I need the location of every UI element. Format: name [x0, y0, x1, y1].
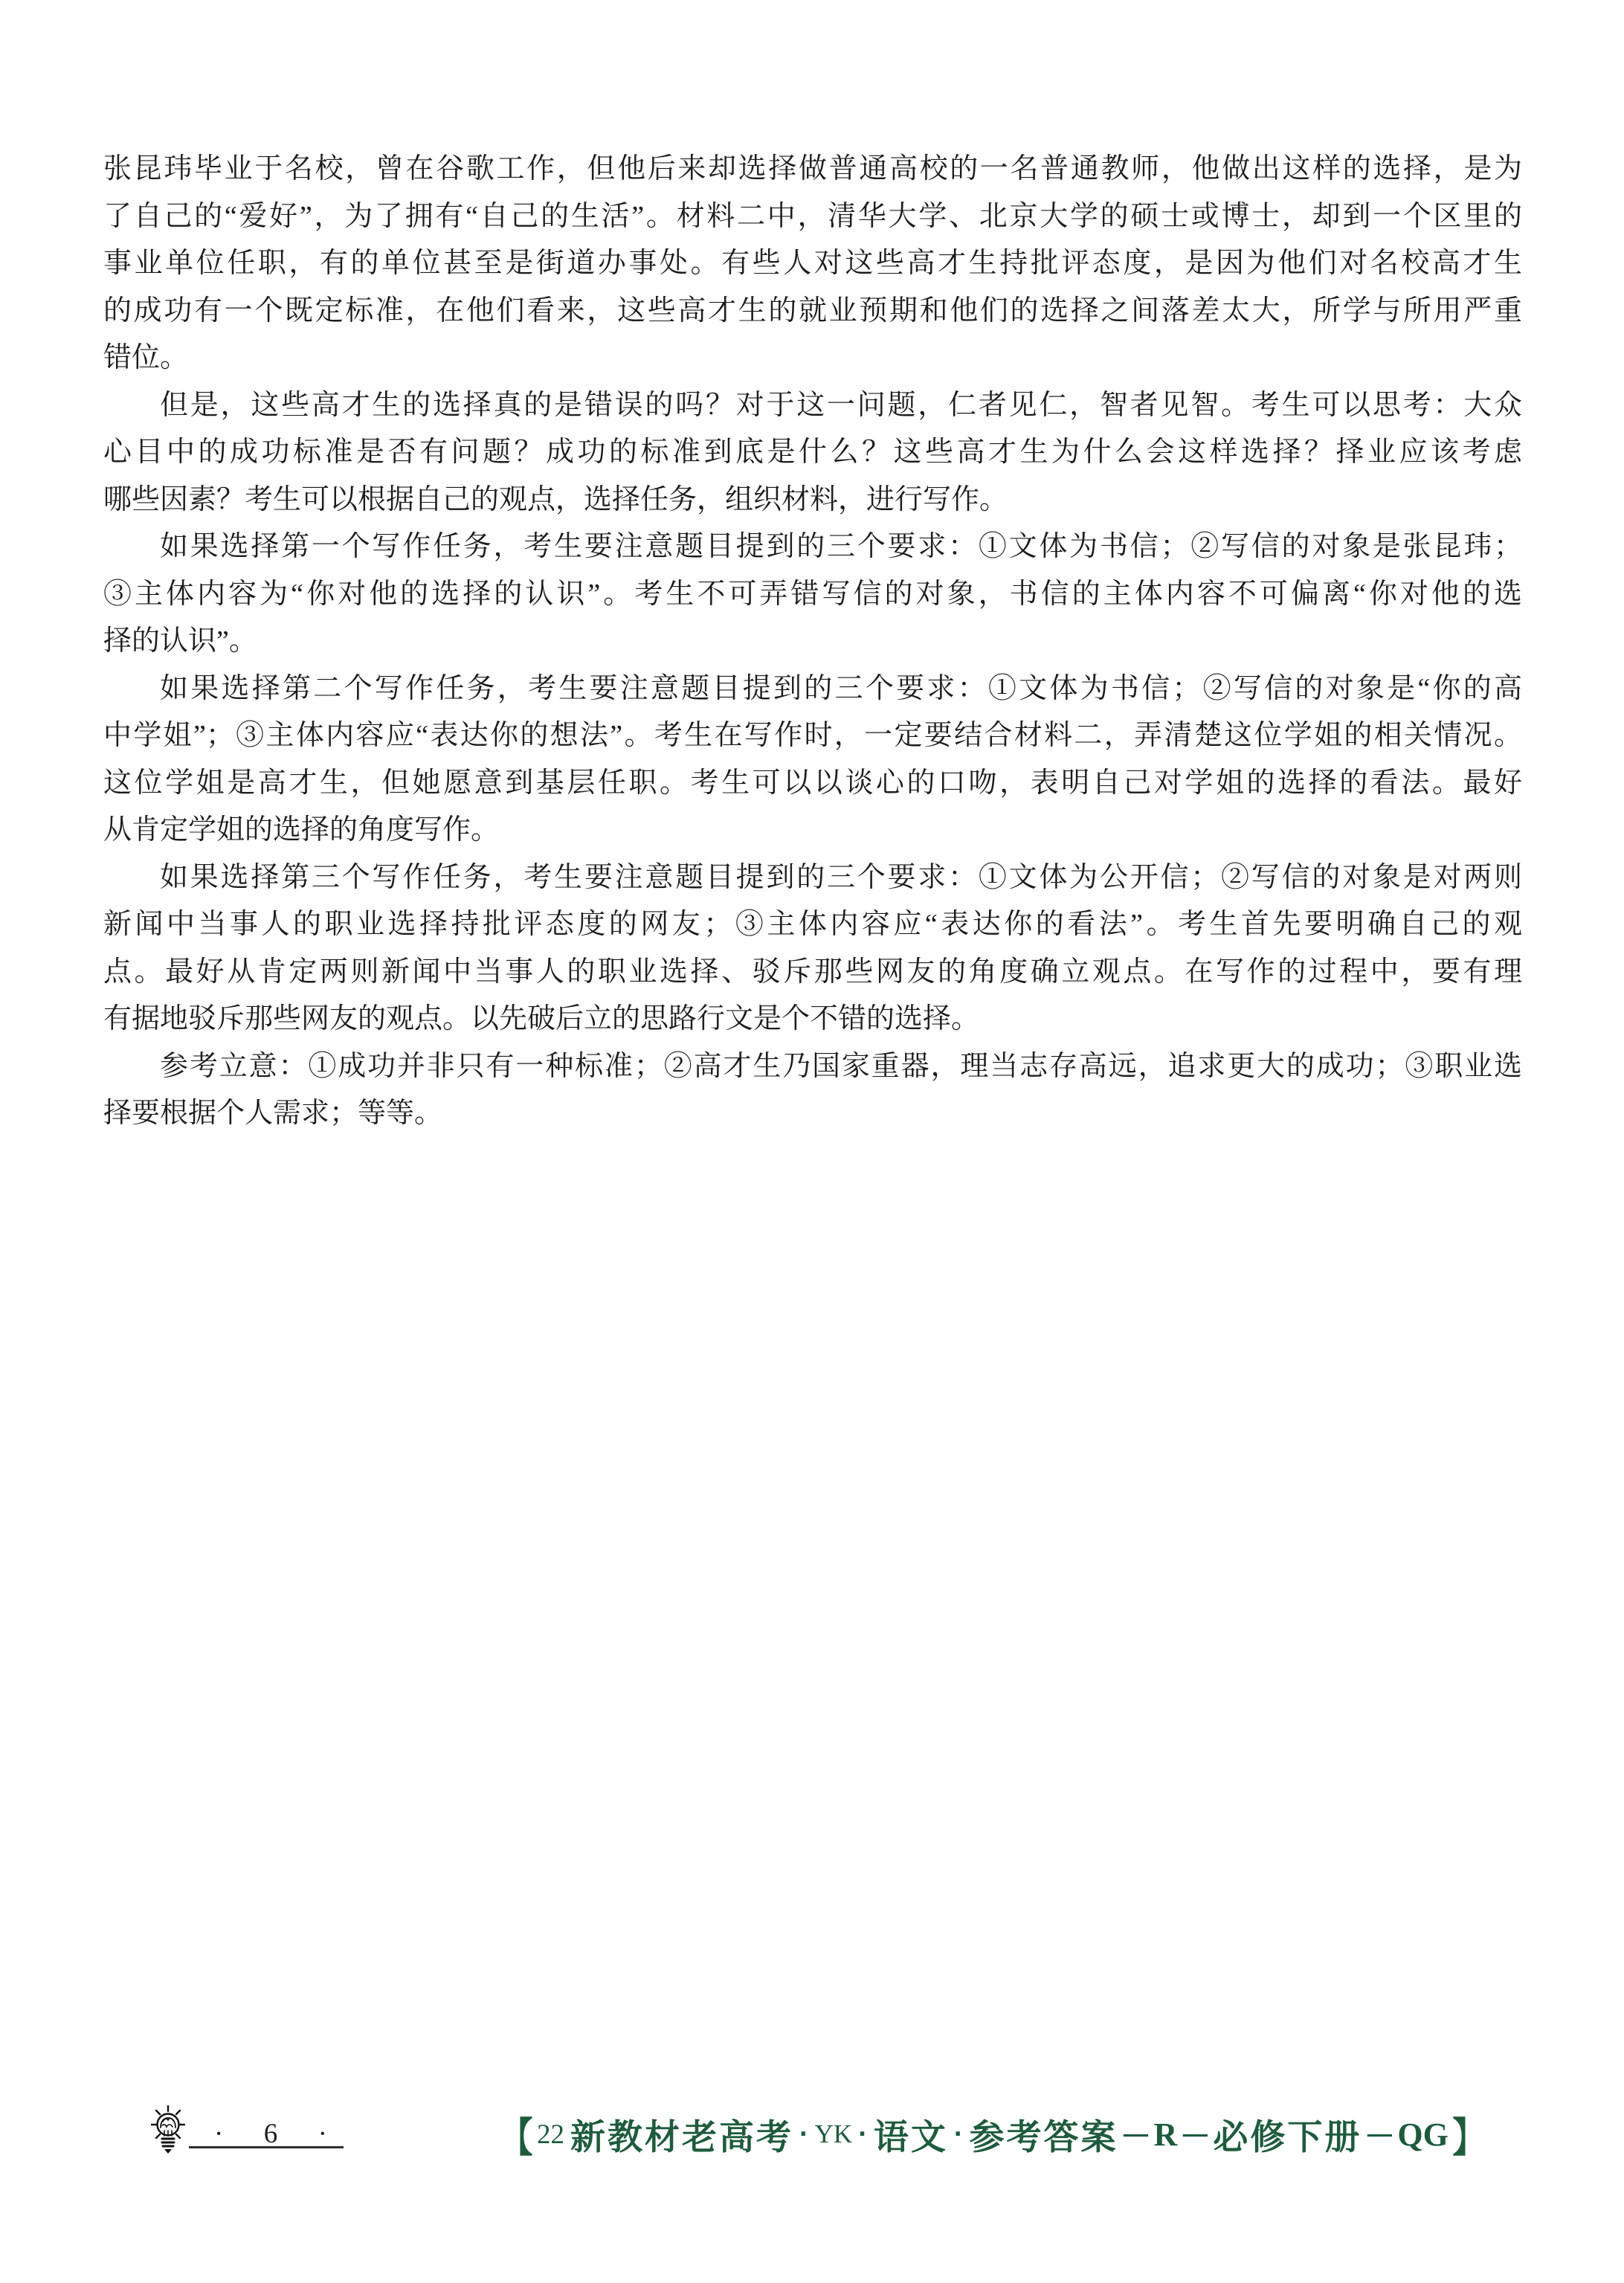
imprint-doc-type: 参考答案: [970, 2110, 1118, 2160]
answer-text-block: 张昆玮毕业于名校，曾在谷歌工作，但他后来却选择做普通高校的一名普通教师，他做出这…: [103, 146, 1522, 1138]
footer-rule: [189, 2146, 344, 2148]
text-line: 中学姐”；③主体内容应“表达你的想法”。考生在写作时，一定要结合材料二，弄清楚这…: [103, 712, 1522, 760]
imprint-bracket-open: 【: [500, 2106, 532, 2163]
text-line: 如果选择第一个写作任务，考生要注意题目提到的三个要求：①文体为书信；②写信的对象…: [103, 524, 1522, 571]
text-line: 心目中的成功标准是否有问题？成功的标准到底是什么？这些高才生为什么会这样选择？择…: [103, 429, 1522, 477]
imprint-bracket-close: 】: [1452, 2106, 1484, 2163]
imprint-volume: 必修下册: [1213, 2110, 1362, 2160]
lightbulb-brain-icon: [151, 2105, 185, 2156]
text-line: ③主体内容为“你对他的选择的认识”。考生不可弄错写信的对象，书信的主体内容不可偏…: [103, 571, 1522, 619]
page-number-value: 6: [264, 2118, 278, 2150]
document-page: 张昆玮毕业于名校，曾在谷歌工作，但他后来却选择做普通高校的一名普通教师，他做出这…: [0, 0, 1624, 2283]
imprint-edition: R: [1154, 2116, 1178, 2154]
imprint-separator: ·: [799, 2119, 809, 2151]
imprint-separator: ·: [858, 2119, 868, 2151]
text-line: 有据地驳斥那些网友的观点。以先破后立的思路行文是个不错的选择。: [103, 996, 1522, 1043]
text-line: 新闻中当事人的职业选择持批评态度的网友；③主体内容应“表达你的看法”。考生首先要…: [103, 901, 1522, 949]
text-line: 如果选择第二个写作任务，考生要注意题目提到的三个要求：①文体为书信；②写信的对象…: [103, 666, 1522, 713]
imprint-region-code: QG: [1397, 2116, 1448, 2154]
imprint-separator: ·: [954, 2119, 964, 2151]
text-line: 参考立意：①成功并非只有一种标准；②高才生乃国家重器，理当志存高远，追求更大的成…: [103, 1043, 1522, 1091]
text-line: 错位。: [103, 335, 1522, 382]
page-number-dot: ·: [318, 2118, 327, 2150]
imprint-year: 22: [537, 2119, 564, 2151]
text-line: 如果选择第三个写作任务，考生要注意题目提到的三个要求：①文体为公开信；②写信的对…: [103, 854, 1522, 902]
text-line: 了自己的“爱好”，为了拥有“自己的生活”。材料二中，清华大学、北京大学的硕士或博…: [103, 193, 1522, 241]
text-line: 哪些因素？考生可以根据自己的观点，选择任务，组织材料，进行写作。: [103, 477, 1522, 524]
footer-imprint: 【 22 新教材老高考 · YK · 语文 · 参考答案 － R － 必修下册 …: [497, 2109, 1489, 2160]
imprint-press-code: YK: [815, 2119, 853, 2149]
imprint-subject: 语文: [874, 2110, 948, 2160]
imprint-series: 新教材老高考: [570, 2110, 793, 2160]
page-number-dot: ·: [214, 2118, 223, 2150]
text-line: 择的认识”。: [103, 618, 1522, 666]
imprint-dash: －: [1179, 2112, 1211, 2157]
text-line: 张昆玮毕业于名校，曾在谷歌工作，但他后来却选择做普通高校的一名普通教师，他做出这…: [103, 146, 1522, 193]
text-line: 点。最好从肯定两则新闻中当事人的职业选择、驳斥那些网友的角度确立观点。在写作的过…: [103, 949, 1522, 996]
text-line: 这位学姐是高才生，但她愿意到基层任职。考生可以以谈心的口吻，表明自己对学姐的选择…: [103, 760, 1522, 808]
text-line: 但是，这些高才生的选择真的是错误的吗？对于这一问题，仁者见仁，智者见智。考生可以…: [103, 382, 1522, 430]
text-line: 的成功有一个既定标准，在他们看来，这些高才生的就业预期和他们的选择之间落差太大，…: [103, 288, 1522, 335]
text-line: 从肯定学姐的选择的角度写作。: [103, 807, 1522, 854]
text-line: 事业单位任职，有的单位甚至是街道办事处。有些人对这些高才生持批评态度，是因为他们…: [103, 240, 1522, 288]
text-line: 择要根据个人需求；等等。: [103, 1090, 1522, 1138]
imprint-dash: －: [1121, 2112, 1152, 2157]
imprint-dash: －: [1364, 2112, 1395, 2157]
